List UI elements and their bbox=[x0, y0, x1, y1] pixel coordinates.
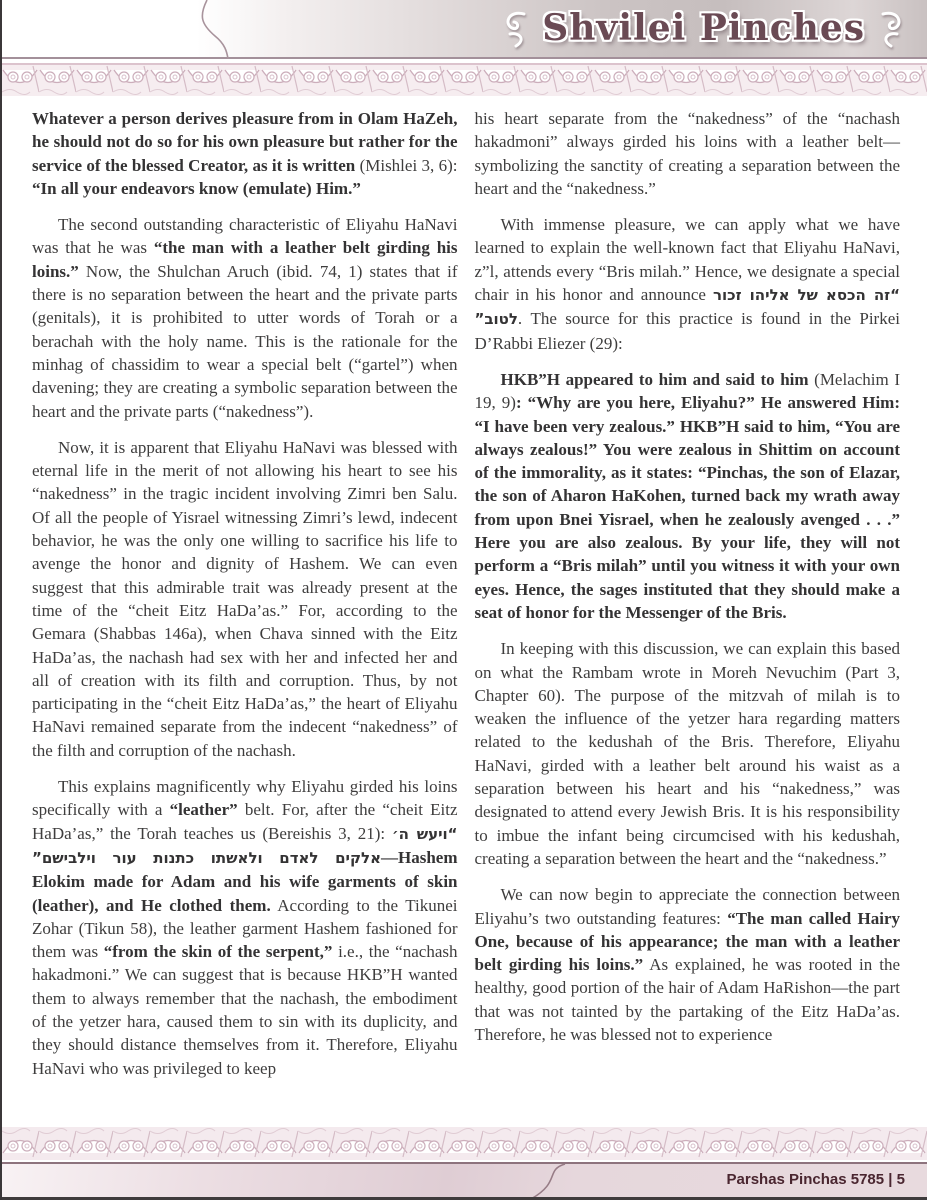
paragraph: With immense pleasure, we can apply what… bbox=[475, 213, 901, 355]
document-page: Shvilei Pinches bbox=[0, 0, 927, 1200]
paragraph: HKB”H appeared to him and said to him (M… bbox=[475, 368, 901, 624]
paragraph: Whatever a person derives pleasure from … bbox=[32, 107, 458, 200]
page-header: Shvilei Pinches bbox=[2, 0, 927, 59]
article-body: Whatever a person derives pleasure from … bbox=[32, 107, 900, 1080]
page-title: Shvilei Pinches bbox=[542, 7, 865, 49]
lace-border-top bbox=[2, 63, 927, 96]
paragraph: Now, it is apparent that Eliyahu HaNavi … bbox=[32, 436, 458, 762]
paragraph: This explains magnificently why Eliyahu … bbox=[32, 775, 458, 1080]
paragraph: his heart separate from the “nakedness” … bbox=[475, 107, 901, 200]
lace-border-bottom bbox=[2, 1127, 927, 1160]
swirl-flourish-left-icon bbox=[500, 8, 530, 48]
column-left: Whatever a person derives pleasure from … bbox=[32, 107, 458, 1080]
masthead: Shvilei Pinches bbox=[500, 7, 907, 49]
paragraph: We can now begin to appreciate the conne… bbox=[475, 883, 901, 1046]
page-footer-label: Parshas Pinchas 5785 | 5 bbox=[727, 1171, 905, 1188]
paragraph: The second outstanding characteristic of… bbox=[32, 213, 458, 423]
paragraph: In keeping with this discussion, we can … bbox=[475, 637, 901, 870]
swirl-flourish-right-icon bbox=[877, 8, 907, 48]
header-curve-line bbox=[197, 0, 241, 59]
column-right: his heart separate from the “nakedness” … bbox=[475, 107, 901, 1080]
footer-curve-line bbox=[517, 1164, 577, 1199]
page-footer: Parshas Pinchas 5785 | 5 bbox=[2, 1162, 927, 1197]
